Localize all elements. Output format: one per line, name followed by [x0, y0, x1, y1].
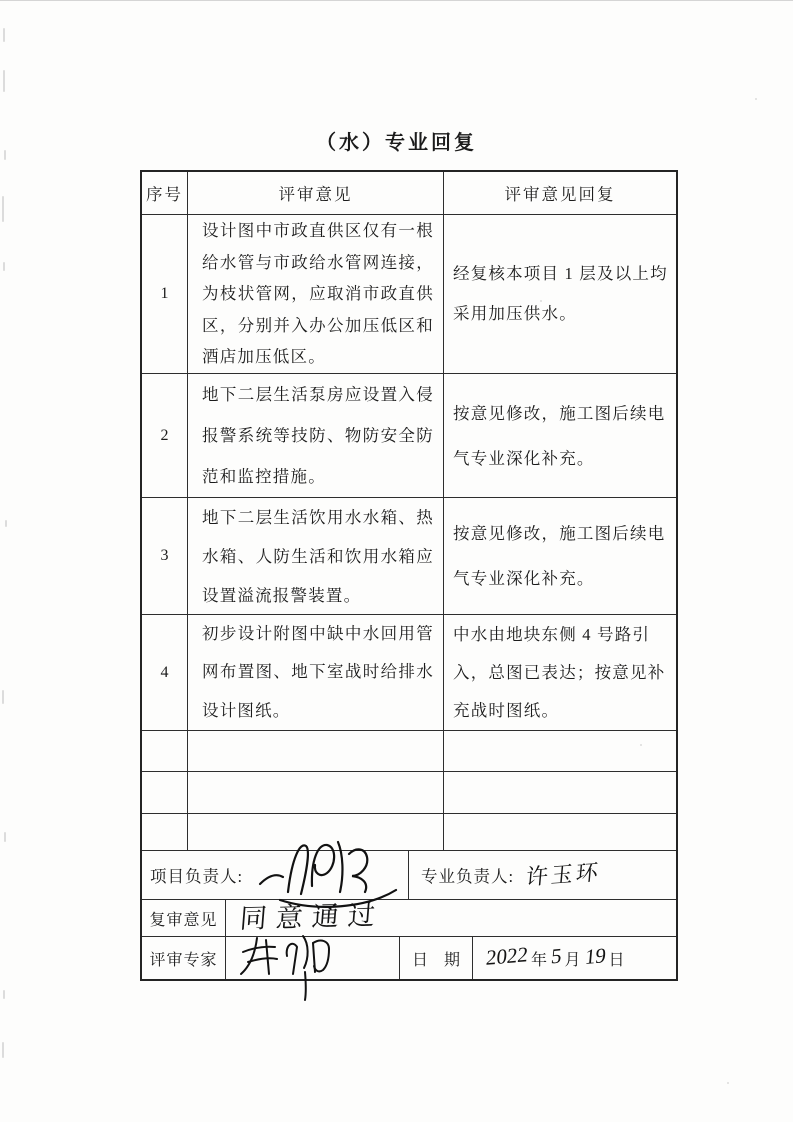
empty-table-row — [142, 772, 676, 814]
scan-speck — [2, 196, 4, 222]
expert-date-row: 评审专家 日 期 2022 年 5 月 19 日 — [142, 937, 676, 979]
review-reply-cell: 中水由地块东侧 4 号路引入，总图已表达；按意见补充战时图纸。 — [444, 615, 676, 730]
row-number: 4 — [142, 615, 188, 730]
review-reply-text: 中水由地块东侧 4 号路引入，总图已表达；按意见补充战时图纸。 — [444, 614, 676, 732]
table-row: 3 地下二层生活饮用水水箱、热水箱、人防生活和饮用水箱应设置溢流报警装置。 按意… — [142, 498, 676, 615]
table-row: 2 地下二层生活泵房应设置入侵报警系统等技防、物防安全防范和监控措施。 按意见修… — [142, 374, 676, 498]
scan-speck — [3, 262, 5, 271]
empty-table-row — [142, 731, 676, 772]
empty-cell — [188, 772, 444, 813]
specialty-leader-signature: 许玉环 — [525, 855, 603, 891]
project-leader-cell: 项目负责人: — [142, 851, 409, 899]
review-reply-text: 经复核本项目 1 层及以上均采用加压供水。 — [444, 252, 676, 336]
scan-speck — [5, 520, 7, 527]
scan-speck — [2, 690, 4, 704]
scan-speck — [727, 1082, 729, 1084]
review-reply-text: 按意见修改，施工图后续电气专业深化补充。 — [444, 389, 676, 483]
date-year-handwriting: 2022 — [485, 942, 529, 971]
header-cell-reply: 评审意见回复 — [444, 172, 676, 214]
scan-speck — [3, 990, 5, 999]
empty-cell — [444, 814, 676, 850]
expert-label: 评审专家 — [142, 937, 226, 979]
review-comment-cell: 地下二层生活泵房应设置入侵报警系统等技防、物防安全防范和监控措施。 — [188, 374, 444, 497]
scan-speck — [3, 28, 5, 42]
empty-table-row — [142, 814, 676, 851]
header-cell-no: 序号 — [142, 172, 188, 214]
empty-cell — [142, 772, 188, 813]
scanned-document-page: （水）专业回复 序号 评审意见 评审意见回复 1 设计图中市政直供区仅有一根给水… — [0, 0, 793, 1122]
review-comment-cell: 地下二层生活饮用水水箱、热水箱、人防生活和饮用水箱应设置溢流报警装置。 — [188, 498, 444, 614]
row-number: 3 — [142, 498, 188, 614]
review-opinion-value-cell: 同意通过 — [226, 900, 676, 936]
date-day-handwriting: 19 — [583, 942, 606, 969]
empty-cell — [444, 731, 676, 771]
empty-cell — [188, 731, 444, 771]
table-header-row: 序号 评审意见 评审意见回复 — [142, 172, 676, 215]
expert-signature-cell — [226, 937, 400, 979]
review-reply-table: 序号 评审意见 评审意见回复 1 设计图中市政直供区仅有一根给水管与市政给水管网… — [140, 170, 678, 981]
table-row: 1 设计图中市政直供区仅有一根给水管与市政给水管网连接，为枝状管网，应取消市政直… — [142, 215, 676, 374]
header-cell-comment: 评审意见 — [188, 172, 444, 214]
review-comment-text: 设计图中市政直供区仅有一根给水管与市政给水管网连接，为枝状管网，应取消市政直供区… — [188, 213, 443, 375]
review-comment-cell: 初步设计附图中缺中水回用管网布置图、地下室战时给排水设计图纸。 — [188, 615, 444, 730]
empty-cell — [444, 772, 676, 813]
review-comment-cell: 设计图中市政直供区仅有一根给水管与市政给水管网连接，为枝状管网，应取消市政直供区… — [188, 215, 444, 373]
review-opinion-label: 复审意见 — [142, 900, 226, 936]
date-label: 日 期 — [400, 937, 473, 979]
empty-cell — [142, 731, 188, 771]
specialty-leader-label: 专业负责人: — [421, 863, 514, 887]
empty-cell — [188, 814, 444, 850]
review-reply-cell: 按意见修改，施工图后续电气专业深化补充。 — [444, 498, 676, 614]
review-reply-cell: 按意见修改，施工图后续电气专业深化补充。 — [444, 374, 676, 497]
date-value-cell: 2022 年 5 月 19 日 — [473, 937, 676, 979]
review-comment-text: 地下二层生活泵房应设置入侵报警系统等技防、物防安全防范和监控措施。 — [188, 372, 443, 499]
review-opinion-handwriting: 同意通过 — [238, 893, 385, 936]
scan-speck — [4, 832, 6, 842]
review-opinion-row: 复审意见 同意通过 — [142, 900, 676, 937]
date-month-suffix: 月 — [565, 947, 582, 970]
table-row: 4 初步设计附图中缺中水回用管网布置图、地下室战时给排水设计图纸。 中水由地块东… — [142, 615, 676, 731]
review-reply-text: 按意见修改，施工图后续电气专业深化补充。 — [444, 509, 676, 603]
review-comment-text: 初步设计附图中缺中水回用管网布置图、地下室战时给排水设计图纸。 — [188, 613, 443, 733]
scan-speck — [755, 98, 757, 100]
review-comment-text: 地下二层生活饮用水水箱、热水箱、人防生活和饮用水箱应设置溢流报警装置。 — [188, 496, 443, 617]
specialty-leader-cell: 专业负责人: 许玉环 — [409, 851, 676, 899]
leaders-row: 项目负责人: 专业负责人: 许玉环 — [142, 851, 676, 900]
scan-speck — [3, 70, 5, 92]
review-reply-cell: 经复核本项目 1 层及以上均采用加压供水。 — [444, 215, 676, 373]
scan-speck — [2, 1042, 4, 1058]
row-number: 1 — [142, 215, 188, 373]
project-leader-label: 项目负责人: — [150, 863, 243, 887]
date-day-suffix: 日 — [609, 947, 626, 970]
empty-cell — [142, 814, 188, 850]
row-number: 2 — [142, 374, 188, 497]
date-year-suffix: 年 — [531, 947, 548, 970]
date-month-handwriting: 5 — [550, 943, 563, 969]
scan-edge-line — [0, 0, 793, 1]
page-title: （水）专业回复 — [0, 126, 793, 155]
